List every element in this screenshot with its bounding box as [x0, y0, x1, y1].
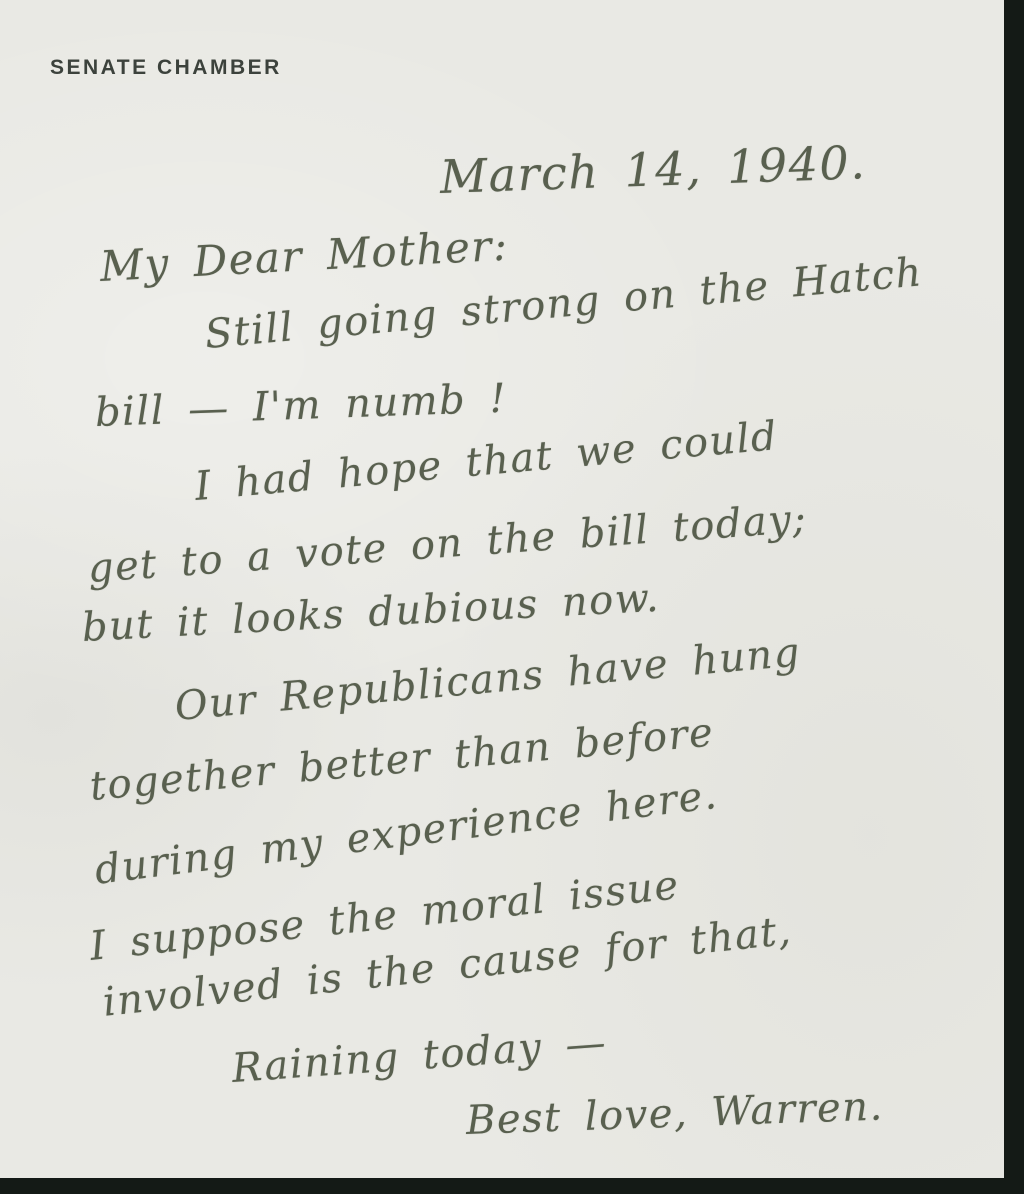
handwritten-salutation: My Dear Mother:	[99, 221, 510, 291]
letterhead-title: SENATE CHAMBER	[50, 56, 282, 80]
scan-edge-right	[1004, 0, 1024, 1194]
letter-scan: SENATE CHAMBER March 14, 1940. My Dear M…	[0, 0, 1024, 1194]
handwritten-line: bill — I'm numb !	[94, 376, 508, 436]
handwritten-closing-signature: Best love, Warren.	[465, 1083, 884, 1144]
handwritten-line: get to a vote on the bill today;	[86, 496, 808, 592]
handwritten-line: Raining today —	[230, 1020, 608, 1092]
scan-edge-bottom	[0, 1178, 1024, 1194]
handwritten-date-line: March 14, 1940.	[439, 135, 867, 204]
